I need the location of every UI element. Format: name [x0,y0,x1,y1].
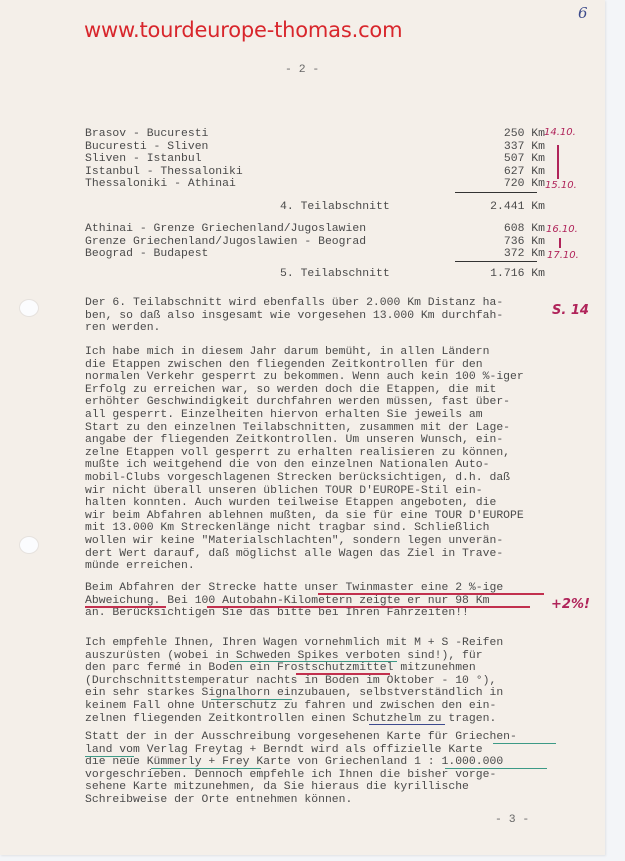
route-distance: 608 Km [440,223,545,236]
section5-total: 1.716 Km [440,268,545,281]
underline [151,768,261,769]
note-date-end: 17.10. [547,250,579,261]
underline [207,606,530,608]
route-distance: 337 Km [440,141,545,154]
route-distance: 507 Km [440,153,545,166]
note-date-end: 15.10. [545,180,577,191]
route-name: Brasov - Bucuresti [85,128,208,141]
underline [369,724,445,725]
underline [296,673,390,675]
handwritten-bracket [557,145,559,179]
handwritten-page-number: 6 [578,4,588,22]
section5-label: 5. Teilabschnitt [280,268,390,281]
section4-label: 4. Teilabschnitt [280,201,390,214]
underline [318,593,544,595]
route-name: Sliven - Istanbul [85,153,202,166]
section4-total: 2.441 Km [440,201,545,214]
underline [445,768,547,769]
route-name: Athinai - Grenze Griechenland/Jugoslawie… [85,223,366,236]
paragraph-equipment: Ich empfehle Ihnen, Ihren Wagen vornehml… [85,637,503,725]
route-name: Bucuresti - Sliven [85,141,208,154]
route-distance: 627 Km [440,166,545,179]
route-distance: 736 Km [440,236,545,249]
page-footer: - 3 - [495,814,529,827]
punch-hole [19,299,39,317]
note-deviation: +2%! [551,597,590,612]
document-page: www.tourdeurope-thomas.com 6 - 2 - Braso… [0,0,605,855]
underline [85,606,166,608]
note-page-ref: S. 14 [552,303,589,318]
route-distance: 250 Km [440,128,545,141]
route-name: Beograd - Budapest [85,248,208,261]
punch-hole [19,536,39,554]
route-name: Grenze Griechenland/Jugoslawien - Beogra… [85,236,366,249]
watermark-url: www.tourdeurope-thomas.com [84,18,402,42]
note-date-start: 14.10. [544,127,576,138]
route-distance: 720 Km [440,178,545,191]
paragraph-sixth-section: Der 6. Teilabschnitt wird ebenfalls über… [85,297,503,335]
underline [85,756,134,757]
paragraph-road-closures: Ich habe mich in diesem Jahr darum bemüh… [85,346,524,573]
sum-line [455,261,537,262]
route-distance: 372 Km [440,248,545,261]
note-date-start: 16.10. [546,224,578,235]
page-header: - 2 - [285,64,319,77]
route-name: Thessaloniki - Athinai [85,178,236,191]
paragraph-twinmaster: Beim Abfahren der Strecke hatte unser Tw… [85,582,503,620]
underline [493,743,556,744]
underline [211,699,292,700]
route-name: Istanbul - Thessaloniki [85,166,243,179]
handwritten-bracket [559,238,561,248]
sum-line [455,192,537,193]
underline [229,661,397,662]
